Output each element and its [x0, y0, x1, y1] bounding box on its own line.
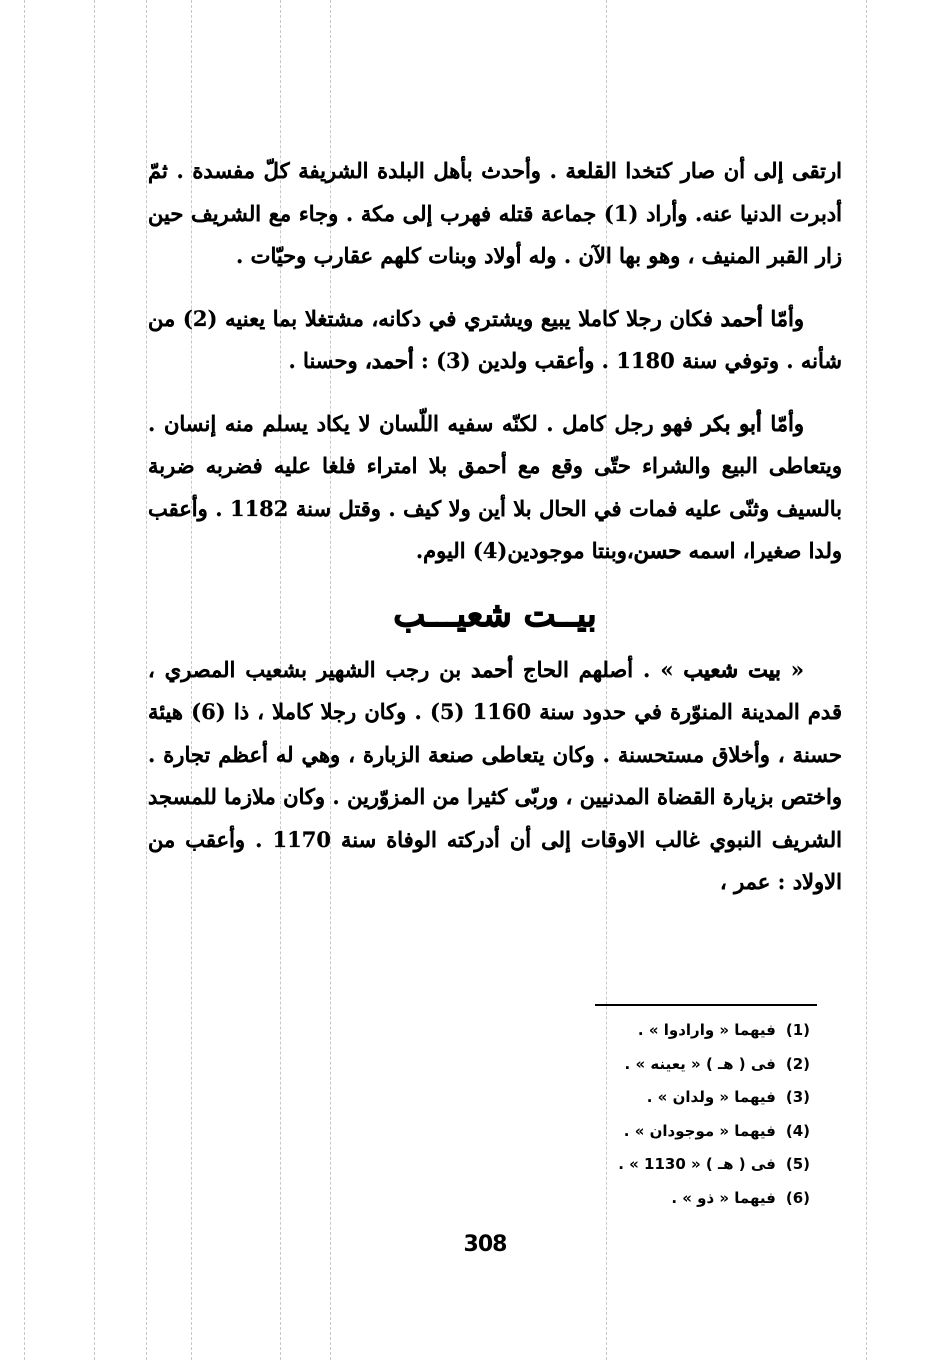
footnote-number: (6): [786, 1189, 810, 1207]
footnote-4: (4)فيهما « موجودان » .: [560, 1115, 810, 1149]
book-page-body: ارتقى إلى أن صار كتخدا القلعة . وأحدث بأ…: [148, 150, 842, 904]
scan-artifact-line: [866, 0, 867, 1360]
footnote-text: فى ( هـ ) « يعينه » .: [625, 1055, 776, 1073]
paragraph-bayt-shuayb-pre: . أصلهم الحاج: [513, 657, 660, 682]
footnote-3: (3)فيهما « ولدان » .: [560, 1081, 810, 1115]
open-quote: «: [781, 657, 804, 682]
paragraph-bayt-shuayb: « بيت شعيب » . أصلهم الحاج أحمد بن رجب ا…: [148, 649, 842, 904]
paragraph-1: ارتقى إلى أن صار كتخدا القلعة . وأحدث بأ…: [148, 150, 842, 278]
close-quote: »: [660, 657, 683, 682]
name-ahmad-son: أحمد،: [365, 348, 414, 373]
section-heading: بيــت شعيـــب: [148, 595, 842, 635]
footnote-text: فيهما « موجودان » .: [624, 1122, 776, 1140]
footnote-number: (5): [786, 1155, 810, 1173]
footnote-number: (2): [786, 1055, 810, 1073]
name-ahmad: أحمد: [721, 306, 763, 331]
footnote-number: (4): [786, 1122, 810, 1140]
footnote-text: فيهما « وارادوا » .: [638, 1021, 776, 1039]
footnote-5: (5)فى ( هـ ) « 1130 » .: [560, 1148, 810, 1182]
scan-artifact-line: [24, 0, 25, 1360]
paragraph-abu-bakr-pre: وأمّا: [762, 411, 804, 436]
paragraph-abu-bakr-end: ،وبنتا موجودين(4) اليوم.: [416, 538, 634, 563]
footnote-number: (1): [786, 1021, 810, 1039]
footnote-6: (6)فيهما « ذو » .: [560, 1182, 810, 1216]
footnote-text: فى ( هـ ) « 1130 » .: [618, 1155, 776, 1173]
page-number: 308: [455, 1232, 515, 1257]
paragraph-abu-bakr: وأمّا أبو بكر فهو رجل كامل . لكنّه سفيه …: [148, 403, 842, 573]
name-ahmad-ibn-rajab: أحمد: [471, 657, 513, 682]
footnote-number: (3): [786, 1088, 810, 1106]
paragraph-ahmad-pre: وأمّا: [763, 306, 804, 331]
paragraph-ahmad-end: وحسنا .: [288, 348, 365, 373]
paragraph-ahmad: وأمّا أحمد فكان رجلا كاملا يبيع ويشتري ف…: [148, 298, 842, 383]
name-abu-bakr: أبو بكر: [701, 411, 761, 436]
footnote-2: (2)فى ( هـ ) « يعينه » .: [560, 1048, 810, 1082]
name-hasan: حسن: [634, 538, 682, 563]
name-bayt-shuayb: بيت شعيب: [683, 657, 780, 682]
scan-artifact-line: [94, 0, 95, 1360]
footnote-text: فيهما « ولدان » .: [647, 1088, 776, 1106]
scan-artifact-line: [146, 0, 147, 1360]
paragraph-bayt-shuayb-body: بن رجب الشهير بشعيب المصري ، قدم المدينة…: [148, 657, 842, 895]
footnotes: (1)فيهما « وارادوا » . (2)فى ( هـ ) « يع…: [560, 1014, 810, 1215]
footnote-text: فيهما « ذو » .: [671, 1189, 776, 1207]
footnote-separator: [595, 1004, 817, 1006]
paragraph-1-text: ارتقى إلى أن صار كتخدا القلعة . وأحدث بأ…: [148, 158, 842, 268]
footnote-1: (1)فيهما « وارادوا » .: [560, 1014, 810, 1048]
